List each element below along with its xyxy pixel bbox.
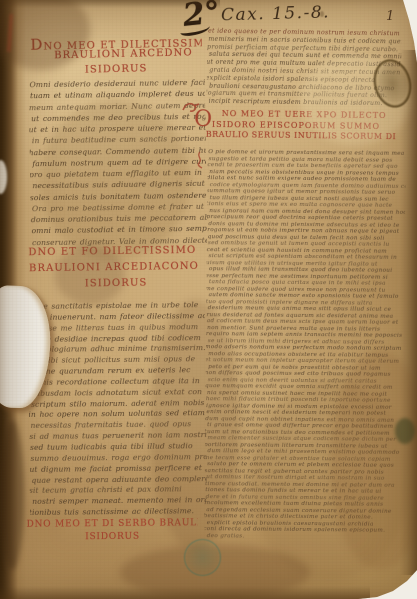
text-line: Tuae sanctitatis epistolae me in urbe to… [28, 300, 205, 313]
parchment-page: 2° Cax. 15.-8. 1 DNO MEO ET DILECTISSIMO… [0, 0, 417, 599]
text-line: summo deuouimus. roga ergo dominum pro m… [30, 452, 206, 465]
right-text-block-1: et ideo quaeso te per dominum nostrum ie… [206, 28, 401, 112]
shelfmark-inscription: Cax. 15.-8. [221, 3, 331, 26]
text-line: tionibus tuis sanctissime ac dilectissim… [29, 506, 207, 519]
round-library-stamp [184, 539, 221, 576]
left-rubric-1: DNO MEO ET DILECTISSIMOBRAULIONI ARCEDNO… [30, 32, 203, 81]
text-line: En tibi sicut pollicitus sum misi opus d… [31, 354, 206, 367]
right-rubric: NO MEO ET UERE XPO DILECTOISIDORO EPISCO… [206, 109, 398, 143]
page-bottom-edge-shadow [0, 586, 370, 599]
text-line: cepisse me litteras tuas in quibus modum [28, 322, 205, 335]
text-line: ISIDORUS [28, 277, 204, 295]
left-rubric-2: DNO ET FO DILECTISSIMOBRAULIONI ARCEDIAC… [28, 245, 205, 295]
folio-number: 1 [386, 9, 394, 24]
right-text-block-2: O pie domne et uirorum praestantissime s… [204, 149, 405, 546]
text-line: ISIDORUS [27, 531, 198, 545]
text-line: deo gratias. [207, 533, 403, 541]
left-rubric-3: DNO MEO ET DI SERBO BRAULIONIISIDORUS [26, 518, 198, 546]
left-text-block-2: Tuae sanctitatis epistolae me in urbe to… [28, 300, 207, 522]
text-line: quibusdam locis adnotatum sicut extat co… [28, 387, 206, 400]
ink-speck [320, 11, 324, 17]
manuscript-photo: 2° Cax. 15.-8. 1 DNO MEO ET DILECTISSIMO… [0, 0, 417, 599]
red-paraph-mark [181, 100, 201, 116]
text-line: si ad manus tuas peruenerit non iam nost… [29, 430, 206, 443]
red-flourish-mark [194, 151, 206, 169]
text-line: BRAULIO SERUUS INUTILIS SCORUM DI [206, 130, 398, 143]
text-line: sit tecum gratia christi et pax domini [29, 484, 207, 497]
